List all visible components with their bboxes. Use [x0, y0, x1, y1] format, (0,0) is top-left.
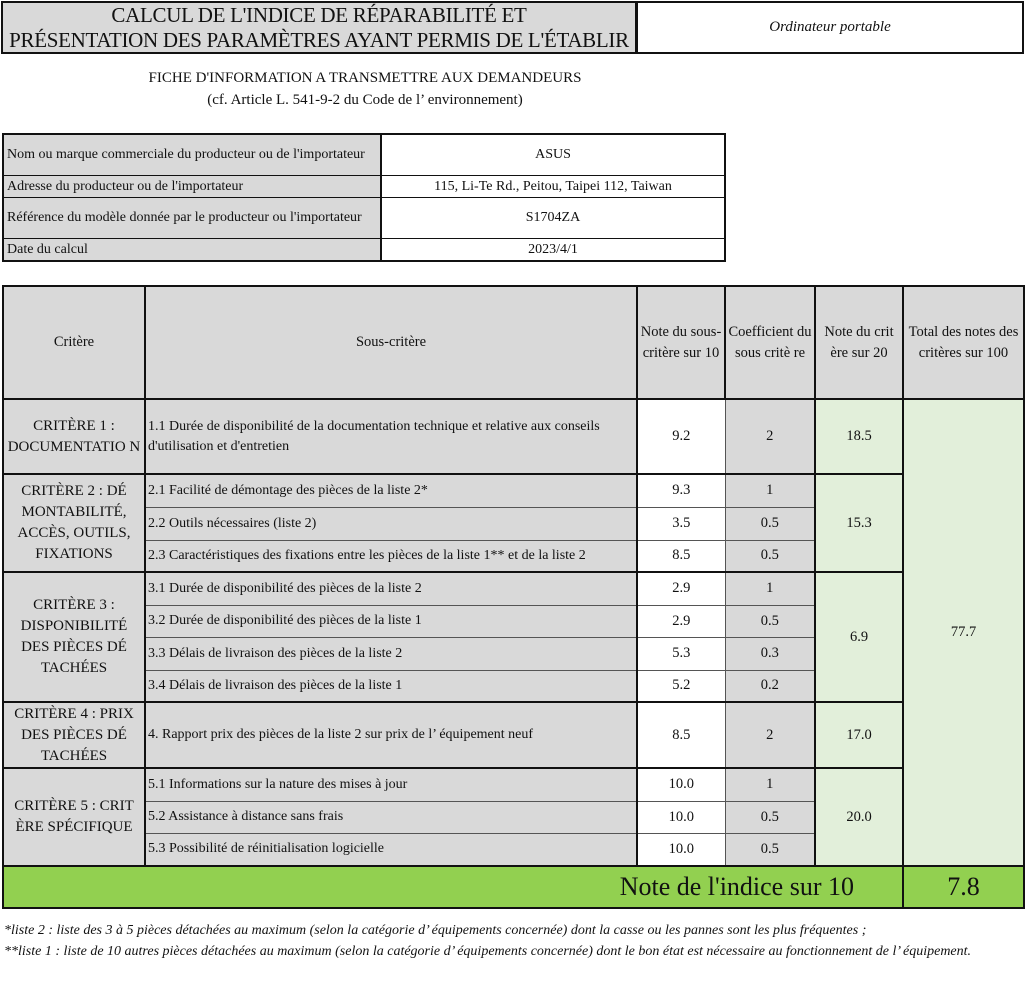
header-total: Total des notes des critères sur 100 — [903, 286, 1024, 399]
sub-criterion-coefficient: 0.5 — [725, 801, 815, 833]
table-row: CRITÈRE 2 : DÉ MONTABILITÉ, ACCÈS, OUTIL… — [3, 474, 1024, 507]
sub-criterion-label: 3.1 Durée de disponibilité des pièces de… — [145, 572, 637, 605]
info-label: Nom ou marque commerciale du producteur … — [3, 134, 381, 176]
info-label: Référence du modèle donnée par le produc… — [3, 198, 381, 239]
title-line-1: CALCUL DE L'INDICE DE RÉPARABILITÉ ET — [111, 3, 526, 28]
final-score-value: 7.8 — [903, 866, 1024, 908]
info-value: 115, Li-Te Rd., Peitou, Taipei 112, Taiw… — [381, 176, 725, 198]
info-row-brand: Nom ou marque commerciale du producteur … — [3, 134, 725, 176]
sub-criterion-score: 9.2 — [637, 399, 725, 474]
header-coefficient: Coefficient du sous critè re — [725, 286, 815, 399]
sub-criterion-score: 3.5 — [637, 507, 725, 540]
table-row: CRITÈRE 4 : PRIX DES PIÈCES DÉ TACHÉES4.… — [3, 702, 1024, 768]
sub-criterion-coefficient: 2 — [725, 399, 815, 474]
sub-criterion-coefficient: 0.2 — [725, 670, 815, 702]
sub-criterion-label: 1.1 Durée de disponibilité de la documen… — [145, 399, 637, 474]
sub-criterion-coefficient: 0.5 — [725, 507, 815, 540]
criterion-name: CRITÈRE 1 : DOCUMENTATIO N — [3, 399, 145, 474]
legal-reference: (cf. Article L. 541-9-2 du Code de l’ en… — [0, 92, 730, 109]
table-row: CRITÈRE 3 : DISPONIBILITÉ DES PIÈCES DÉ … — [3, 572, 1024, 605]
criterion-score-20: 20.0 — [815, 768, 903, 866]
sub-criterion-label: 2.3 Caractéristiques des fixations entre… — [145, 540, 637, 572]
sub-criterion-score: 5.2 — [637, 670, 725, 702]
repairability-score-table: Critère Sous-critère Note du sous-critèr… — [2, 285, 1025, 909]
criterion-name: CRITÈRE 5 : CRIT ÈRE SPÉCIFIQUE — [3, 768, 145, 866]
sub-criterion-label: 3.4 Délais de livraison des pièces de la… — [145, 670, 637, 702]
sub-criterion-score: 8.5 — [637, 702, 725, 768]
sub-criterion-label: 5.2 Assistance à distance sans frais — [145, 801, 637, 833]
footnote-liste-2: *liste 2 : liste des 3 à 5 pièces détach… — [4, 920, 1024, 941]
info-value: ASUS — [381, 134, 725, 176]
final-score-row: Note de l'indice sur 10 7.8 — [3, 866, 1024, 908]
product-category: Ordinateur portable — [636, 1, 1024, 54]
sub-criterion-label: 2.2 Outils nécessaires (liste 2) — [145, 507, 637, 540]
footnotes: *liste 2 : liste des 3 à 5 pièces détach… — [4, 920, 1024, 962]
sub-criterion-coefficient: 0.3 — [725, 637, 815, 670]
total-score-100: 77.7 — [903, 399, 1024, 866]
table-row: CRITÈRE 5 : CRIT ÈRE SPÉCIFIQUE5.1 Infor… — [3, 768, 1024, 801]
sub-criterion-score: 8.5 — [637, 540, 725, 572]
table-header-row: Critère Sous-critère Note du sous-critèr… — [3, 286, 1024, 399]
info-label: Date du calcul — [3, 239, 381, 262]
header-sous-critere: Sous-critère — [145, 286, 637, 399]
title-line-2: PRÉSENTATION DES PARAMÈTRES AYANT PERMIS… — [9, 28, 629, 53]
sub-criterion-coefficient: 0.5 — [725, 540, 815, 572]
criterion-score-20: 6.9 — [815, 572, 903, 702]
sub-criterion-coefficient: 0.5 — [725, 605, 815, 637]
sub-criterion-score: 2.9 — [637, 605, 725, 637]
sub-criterion-score: 10.0 — [637, 833, 725, 866]
sub-criterion-coefficient: 0.5 — [725, 833, 815, 866]
header-critere: Critère — [3, 286, 145, 399]
info-label: Adresse du producteur ou de l'importateu… — [3, 176, 381, 198]
info-value: 2023/4/1 — [381, 239, 725, 262]
sub-criterion-score: 9.3 — [637, 474, 725, 507]
info-row-model: Référence du modèle donnée par le produc… — [3, 198, 725, 239]
criterion-name: CRITÈRE 2 : DÉ MONTABILITÉ, ACCÈS, OUTIL… — [3, 474, 145, 572]
sub-criterion-score: 2.9 — [637, 572, 725, 605]
info-value: S1704ZA — [381, 198, 725, 239]
criterion-score-20: 17.0 — [815, 702, 903, 768]
sub-criterion-label: 3.3 Délais de livraison des pièces de la… — [145, 637, 637, 670]
sub-criterion-coefficient: 1 — [725, 768, 815, 801]
sub-criterion-score: 5.3 — [637, 637, 725, 670]
footnote-liste-1: **liste 1 : liste de 10 autres pièces dé… — [4, 941, 1024, 962]
sub-criterion-label: 3.2 Durée de disponibilité des pièces de… — [145, 605, 637, 637]
sub-criterion-label: 4. Rapport prix des pièces de la liste 2… — [145, 702, 637, 768]
sub-criterion-coefficient: 2 — [725, 702, 815, 768]
sub-criterion-score: 10.0 — [637, 768, 725, 801]
info-sheet-heading: FICHE D'INFORMATION A TRANSMETTRE AUX DE… — [0, 70, 730, 87]
producer-info-table: Nom ou marque commerciale du producteur … — [2, 133, 726, 262]
info-row-date: Date du calcul 2023/4/1 — [3, 239, 725, 262]
criterion-name: CRITÈRE 3 : DISPONIBILITÉ DES PIÈCES DÉ … — [3, 572, 145, 702]
criterion-score-20: 18.5 — [815, 399, 903, 474]
final-score-label: Note de l'indice sur 10 — [3, 866, 903, 908]
sub-criterion-label: 5.1 Informations sur la nature des mises… — [145, 768, 637, 801]
sub-criterion-coefficient: 1 — [725, 572, 815, 605]
sub-criterion-score: 10.0 — [637, 801, 725, 833]
table-row: CRITÈRE 1 : DOCUMENTATIO N1.1 Durée de d… — [3, 399, 1024, 474]
criterion-name: CRITÈRE 4 : PRIX DES PIÈCES DÉ TACHÉES — [3, 702, 145, 768]
sub-criterion-label: 5.3 Possibilité de réinitialisation logi… — [145, 833, 637, 866]
sub-criterion-label: 2.1 Facilité de démontage des pièces de … — [145, 474, 637, 507]
info-row-address: Adresse du producteur ou de l'importateu… — [3, 176, 725, 198]
criterion-score-20: 15.3 — [815, 474, 903, 572]
header-note-critere: Note du crit ère sur 20 — [815, 286, 903, 399]
sub-criterion-coefficient: 1 — [725, 474, 815, 507]
header-note-sous-critere: Note du sous-critère sur 10 — [637, 286, 725, 399]
document-title: CALCUL DE L'INDICE DE RÉPARABILITÉ ET PR… — [1, 1, 637, 54]
